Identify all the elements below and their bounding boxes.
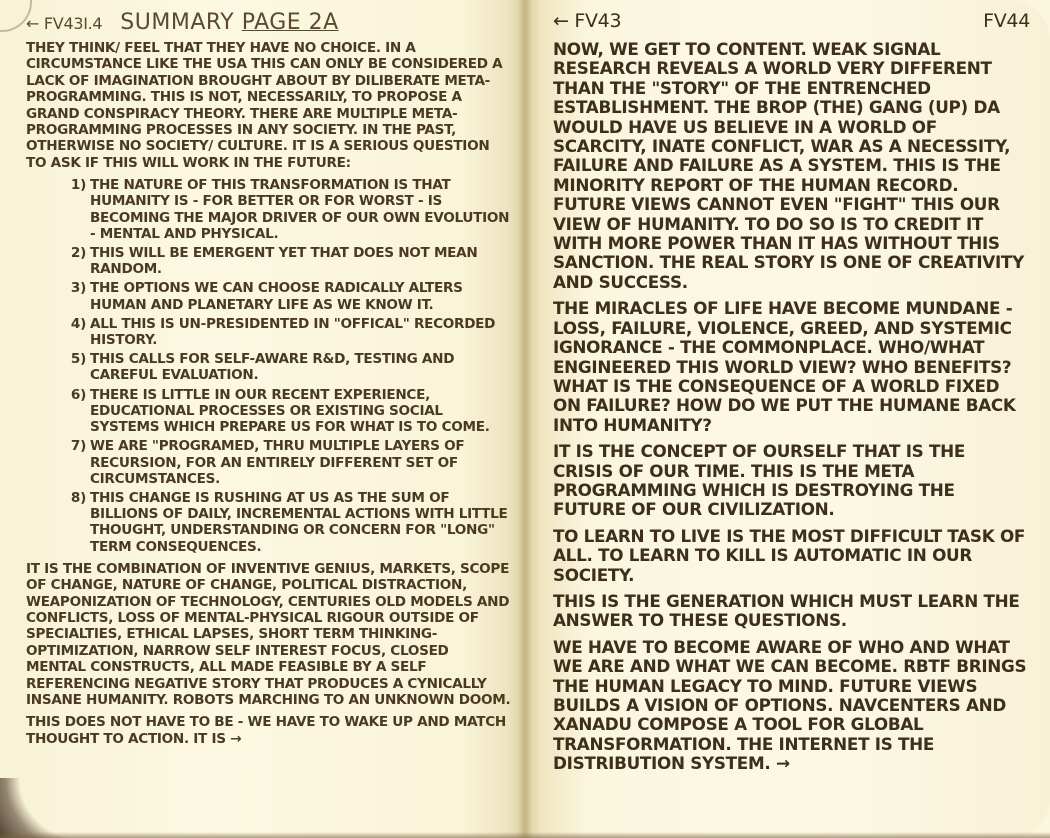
list-number: 1) [60, 177, 90, 242]
list-text: THE OPTIONS WE CAN CHOOSE RADICALLY ALTE… [90, 280, 511, 312]
list-text: THIS WILL BE EMERGENT YET THAT DOES NOT … [90, 245, 511, 277]
learn-to-live-paragraph: TO LEARN TO LIVE IS THE MOST DIFFICULT T… [553, 527, 1030, 585]
left-closing-paragraph: THIS DOES NOT HAVE TO BE - WE HAVE TO WA… [26, 714, 511, 747]
list-item: 8) THIS CHANGE IS RUSHING AT US AS THE S… [26, 490, 511, 555]
list-item: 7) WE ARE "PROGRAMED, THRU MULTIPLE LAYE… [26, 438, 511, 487]
list-text: THIS CHANGE IS RUSHING AT US AS THE SUM … [90, 490, 511, 555]
list-number: 2) [60, 245, 90, 277]
list-item: 6) THERE IS LITTLE IN OUR RECENT EXPERIE… [26, 387, 511, 436]
notebook-spread: ← FV43I.4 SUMMARY PAGE 2a THEY THINK/ FE… [0, 0, 1050, 838]
list-number: 4) [60, 316, 90, 348]
page-title-main: SUMMARY [120, 10, 234, 35]
left-page: ← FV43I.4 SUMMARY PAGE 2a THEY THINK/ FE… [0, 0, 525, 838]
page-title: SUMMARY PAGE 2a [120, 10, 338, 35]
list-item: 2) THIS WILL BE EMERGENT YET THAT DOES N… [26, 245, 511, 277]
left-combination-paragraph: IT IS THE COMBINATION OF INVENTIVE GENIU… [26, 561, 511, 709]
list-text: THE NATURE OF THIS TRANSFORMATION IS THA… [90, 177, 511, 242]
list-item: 3) THE OPTIONS WE CAN CHOOSE RADICALLY A… [26, 280, 511, 312]
list-number: 7) [60, 438, 90, 487]
list-number: 6) [60, 387, 90, 436]
list-text: WE ARE "PROGRAMED, THRU MULTIPLE LAYERS … [90, 438, 511, 487]
generation-paragraph: THIS IS THE GENERATION WHICH MUST LEARN … [553, 592, 1030, 631]
list-text: THERE IS LITTLE IN OUR RECENT EXPERIENCE… [90, 387, 511, 436]
right-page-header: ← FV43 FV44 [553, 10, 1030, 40]
prev-page-reference: ← FV43I.4 [26, 14, 102, 33]
left-page-header: ← FV43I.4 SUMMARY PAGE 2a [26, 10, 511, 40]
page-title-number: PAGE 2a [242, 10, 339, 35]
list-number: 8) [60, 490, 90, 555]
left-intro-paragraph: THEY THINK/ FEEL THAT THEY HAVE NO CHOIC… [26, 40, 511, 171]
content-paragraph: NOW, WE GET TO CONTENT. WEAK SIGNAL RESE… [553, 40, 1030, 292]
list-item: 4) ALL THIS IS UN-PRESIDENTED IN "OFFICA… [26, 316, 511, 348]
list-text: ALL THIS IS UN-PRESIDENTED IN "OFFICAL" … [90, 316, 511, 348]
list-number: 5) [60, 351, 90, 383]
list-item: 1) THE NATURE OF THIS TRANSFORMATION IS … [26, 177, 511, 242]
list-number: 3) [60, 280, 90, 312]
concept-paragraph: IT IS THE CONCEPT OF OURSELF THAT IS THE… [553, 442, 1030, 520]
become-aware-paragraph: WE HAVE TO BECOME AWARE OF WHO AND WHAT … [553, 638, 1030, 774]
right-page: ← FV43 FV44 NOW, WE GET TO CONTENT. WEAK… [525, 0, 1050, 838]
list-item: 5) THIS CALLS FOR SELF-AWARE R&D, TESTIN… [26, 351, 511, 383]
page-number: FV44 [983, 10, 1030, 32]
list-text: THIS CALLS FOR SELF-AWARE R&D, TESTING A… [90, 351, 511, 383]
numbered-list: 1) THE NATURE OF THIS TRANSFORMATION IS … [26, 177, 511, 554]
miracles-paragraph: THE MIRACLES OF LIFE HAVE BECOME MUNDANE… [553, 299, 1030, 435]
prev-page-reference: ← FV43 [553, 10, 621, 32]
